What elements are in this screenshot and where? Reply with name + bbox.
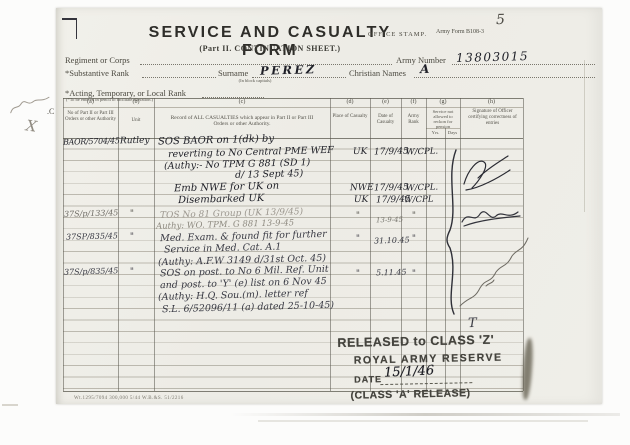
signature-scrawl <box>458 148 514 194</box>
entry-date: 17/9/45 <box>374 147 409 158</box>
release-stamp: RELEASED to CLASS 'Z' ROYAL ARMY RESERVE… <box>331 328 533 408</box>
col-heading-rank: Army Rank <box>403 114 424 126</box>
army-number-value: 13803015 <box>456 49 529 65</box>
entry-authority: 37S/p/835/45 <box>64 266 119 276</box>
entry-place: UK <box>354 195 369 205</box>
col-letter-h: (h) <box>460 99 523 105</box>
christian-names-value: A <box>420 62 430 76</box>
entry-unit-ditto: " <box>130 232 134 242</box>
col-letter-c: (c) <box>154 99 330 105</box>
surname-label: Surname <box>218 68 248 78</box>
entry-place-ditto: " <box>356 211 360 221</box>
entry-unit: Rutley <box>120 136 150 147</box>
col-heading-authority: No of Part II or Part III Orders or othe… <box>65 111 116 123</box>
christian-leader-dots <box>414 68 595 78</box>
table-letters-rule <box>63 107 523 108</box>
scanned-document: SERVICE AND CASUALTY FORM (Part II. CONT… <box>0 0 630 445</box>
scan-streak <box>230 413 620 416</box>
entry-date: 31.10.45 <box>374 236 410 246</box>
col-letter-f: (f) <box>401 99 426 105</box>
entry-record-line: Disembarked UK <box>178 193 265 206</box>
margin-c-mark: .C <box>47 107 54 116</box>
rank-leader-dots <box>142 68 216 78</box>
stamp-line1: RELEASED to CLASS 'Z' <box>337 333 494 350</box>
entry-authority: 37SP/835/45 <box>66 231 118 241</box>
entry-unit-ditto: " <box>130 209 134 219</box>
col-letter-d: (d) <box>330 99 370 105</box>
entry-record-line: d/ 13 Sept 45) <box>235 168 304 181</box>
regiment-label: Regiment or Corps <box>65 55 130 65</box>
col-heading-date: Date of Casualty <box>372 114 399 126</box>
stamp-date-rule <box>380 374 472 385</box>
office-stamp-label: OFFICE STAMP. <box>368 31 427 38</box>
page-number-handwritten: 5 <box>496 12 505 28</box>
entry-rank: W/CPL. <box>406 183 438 194</box>
stamp-line3: (CLASS 'A' RELEASE) <box>350 387 470 402</box>
entry-unit-ditto: " <box>130 267 134 277</box>
pension-sub-days: Days <box>445 130 460 136</box>
entry-date: 5.11.45 <box>376 268 407 278</box>
form-number: Army Form B108-3 <box>436 29 484 35</box>
col-heading-signature: Signature of Officer certifying correctn… <box>463 109 522 127</box>
col-heading-record: Record of ALL CASUALTIES which appear in… <box>168 115 316 127</box>
entry-place-ditto: " <box>356 234 360 244</box>
scan-dash <box>2 404 18 406</box>
christian-names-label: Christian Names <box>349 68 406 78</box>
entry-rank: W/CPL. <box>406 147 438 158</box>
margin-pencil-scribble <box>8 96 52 116</box>
entry-rank-ditto: " <box>412 269 416 279</box>
col-letter-b: (b) <box>118 99 154 105</box>
surname-value: PEREZ <box>260 62 317 77</box>
entry-authority: BAOR/5704/45 <box>63 136 120 146</box>
entry-rank-ditto: " <box>412 234 416 244</box>
surname-hint: (In block capitals) <box>220 78 290 84</box>
entry-place: NWE <box>350 183 374 194</box>
entry-rank-ditto: " <box>412 211 416 221</box>
form-page: SERVICE AND CASUALTY FORM (Part II. CONT… <box>56 8 602 404</box>
entry-rank: W/CPL <box>404 195 434 206</box>
col-letter-e: (e) <box>370 99 401 105</box>
form-subtitle: (Part II. CONTINUATION SHEET.) <box>120 44 420 53</box>
col-letter-g: (g) <box>426 99 460 105</box>
col-heading-pension: Service not allowed to reckon for pensio… <box>427 109 459 129</box>
scan-crease-line <box>584 60 585 212</box>
stamp-date-label: DATE <box>354 374 382 385</box>
margin-x-mark: X <box>25 116 38 135</box>
substantive-rank-label: *Substantive Rank <box>65 68 129 78</box>
diagonal-pencil-note <box>456 226 534 310</box>
col-heading-unit: Unit <box>119 118 153 124</box>
entry-date: 17/9/45 <box>374 183 409 194</box>
entry-place: UK <box>353 147 368 157</box>
entry-date: 13-9-45 <box>376 216 403 225</box>
col-letter-a: (a) <box>63 99 118 105</box>
col-heading-place: Place of Casualty <box>332 114 368 120</box>
scan-streak <box>258 420 588 422</box>
entry-place-ditto: " <box>356 269 360 279</box>
entry-authority: 37S/p/133/45 <box>64 208 119 218</box>
corner-bracket-mark <box>62 18 77 39</box>
table-col-line <box>154 98 155 391</box>
pension-sub-yrs: Yrs. <box>426 130 445 136</box>
printer-imprint: Wt.1295/7094 300,000 5/44 W.B.&S. 51/221… <box>74 396 184 401</box>
acting-rank-leader-dots <box>202 88 264 98</box>
grouping-brace-stroke <box>442 148 460 316</box>
